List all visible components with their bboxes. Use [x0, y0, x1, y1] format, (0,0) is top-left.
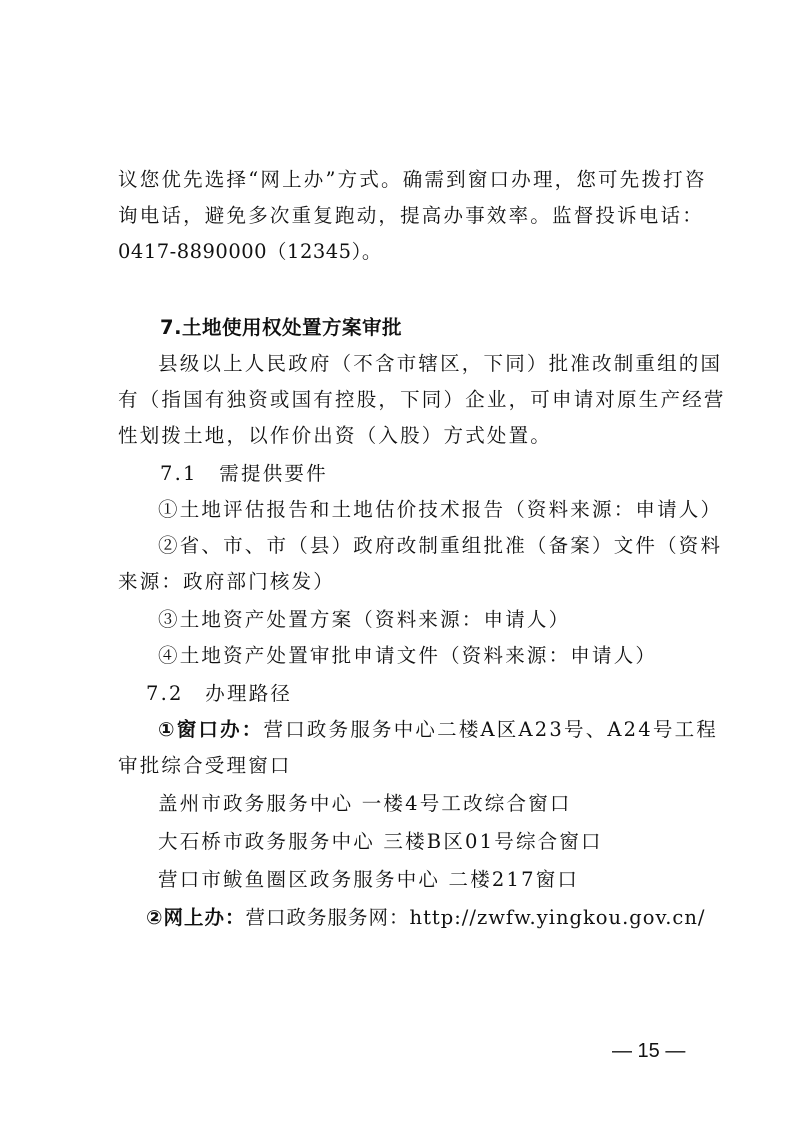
- required-doc-item-2: ②省、市、市（县）政府改制重组批准（备案）文件（资料: [158, 534, 722, 558]
- subsection-process-path-title: 7.2 办理路径: [146, 682, 292, 706]
- location-gaizhou: 盖州市政务服务中心 一楼4号工改综合窗口: [158, 792, 572, 816]
- window-service-line: ①窗口办：营口政务服务中心二楼A区A23号、A24号工程: [158, 718, 718, 742]
- required-doc-item-1: ①土地评估报告和土地估价技术报告（资料来源：申请人）: [158, 498, 722, 522]
- required-doc-item-4: ④土地资产处置审批申请文件（资料来源：申请人）: [158, 644, 657, 668]
- location-dashiqiao: 大石桥市政务服务中心 三楼B区01号综合窗口: [158, 830, 603, 854]
- required-doc-item-3: ③土地资产处置方案（资料来源：申请人）: [158, 608, 570, 632]
- intro-line-1: 议您优先选择“网上办”方式。确需到窗口办理，您可先拨打咨: [118, 168, 707, 192]
- intro-line-2: 询电话，避免多次重复跑动，提高办事效率。监督投诉电话：: [118, 204, 704, 228]
- online-service-line: ②网上办：营口政务服务网：http://zwfw.yingkou.gov.cn/: [146, 906, 705, 930]
- page-number: — 15 —: [612, 1040, 685, 1063]
- complaint-phone-line: 0417-8890000（12345）。: [118, 240, 382, 264]
- location-bayuquan: 营口市鲅鱼圈区政务服务中心 二楼217窗口: [158, 868, 579, 892]
- section-body-line-2: 有（指国有独资或国有控股，下同）企业，可申请对原生产经营: [118, 388, 726, 412]
- online-service-url-text: 营口政务服务网：http://zwfw.yingkou.gov.cn/: [246, 906, 706, 929]
- online-service-label: ②网上办：: [146, 906, 246, 929]
- subsection-required-docs-title: 7.1 需提供要件: [160, 462, 328, 486]
- section-title: 7.土地使用权处置方案审批: [160, 316, 402, 340]
- required-doc-item-2-cont: 来源：政府部门核发）: [118, 570, 335, 594]
- window-service-text: 营口政务服务中心二楼A区A23号、A24号工程: [264, 718, 718, 741]
- section-body-line-1: 县级以上人民政府（不含市辖区，下同）批准改制重组的国: [158, 352, 722, 376]
- window-service-text-cont: 审批综合受理窗口: [118, 754, 292, 778]
- section-body-line-3: 性划拨土地，以作价出资（入股）方式处置。: [118, 424, 552, 448]
- window-service-label: ①窗口办：: [158, 718, 264, 741]
